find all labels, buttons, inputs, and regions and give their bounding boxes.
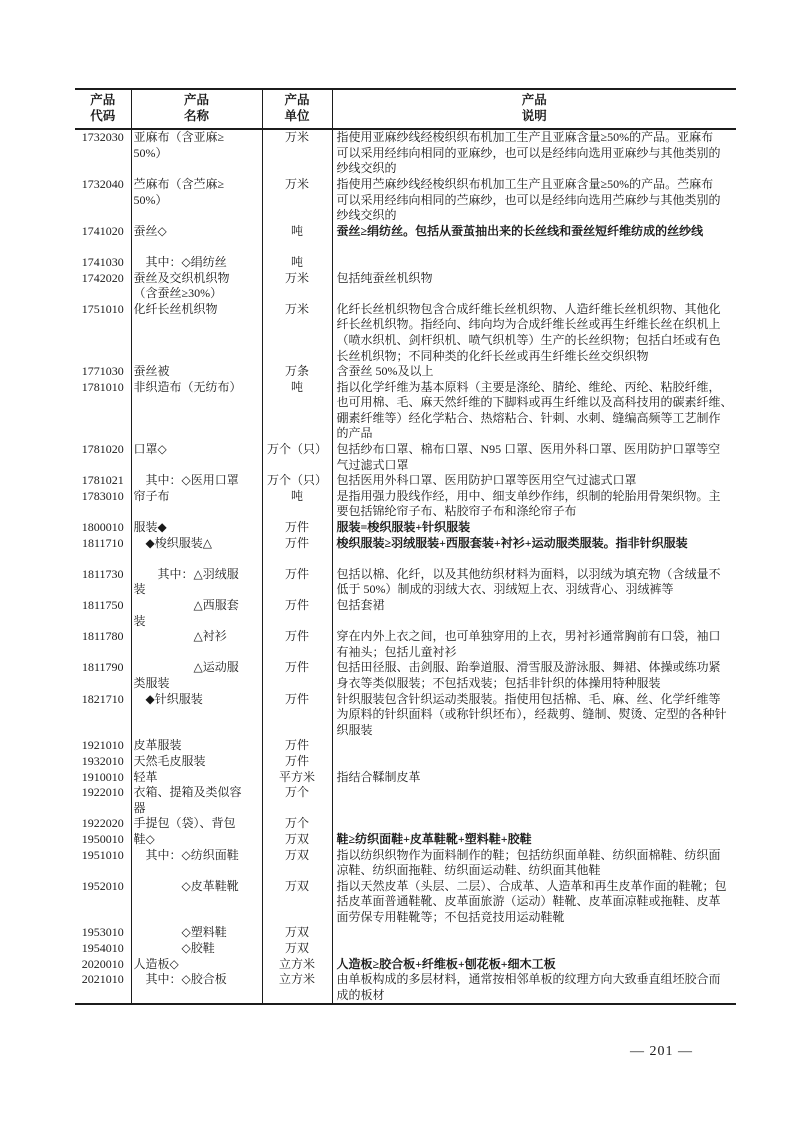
product-name-cell: 其中：△羽绒服 装 xyxy=(131,567,262,598)
product-name-cell: ◇皮革鞋靴 xyxy=(131,879,262,926)
product-desc-cell: 蚕丝≥绢纺丝。包括从蚕茧抽出来的长丝线和蚕丝短纤维纺成的丝纱线 xyxy=(332,224,736,255)
product-name-cell: ◇塑料鞋 xyxy=(131,925,262,941)
product-desc-cell xyxy=(332,785,736,816)
product-desc-cell: 包括以棉、化纤，以及其他纺织材料为面料，以羽绒为填充物（含绒量不 低于 50%）… xyxy=(332,567,736,598)
product-code-cell: 1771030 xyxy=(75,364,131,380)
table-row: 1922020 手提包（袋）、背包 万个 xyxy=(75,816,736,832)
product-unit-cell: 万个 xyxy=(262,785,332,816)
product-unit-cell: 万个（只） xyxy=(262,473,332,489)
product-desc-cell xyxy=(332,255,736,271)
table-row: 1781020 口罩◇ 万个（只） 包括纱布口罩、棉布口罩、N95 口罩、医用外… xyxy=(75,442,736,473)
product-desc-cell: 服装=梭织服装+针织服装 xyxy=(332,520,736,536)
product-name-cell: 化纤长丝机织物 xyxy=(131,302,262,364)
product-unit-cell: 万双 xyxy=(262,832,332,848)
product-desc-cell xyxy=(332,754,736,770)
product-code-cell: 2021010 xyxy=(75,972,131,1004)
product-unit-cell: 万件 xyxy=(262,754,332,770)
table-row: 1732030 亚麻布（含亚麻≥ 50%） 万米 指使用亚麻纱线经梭织织布机加工… xyxy=(75,129,736,177)
product-code-cell: 1732030 xyxy=(75,129,131,177)
table-row: 1821710 ◆针织服装 万件 针织服装包含针织运动类服装。指使用包括棉、毛、… xyxy=(75,692,736,739)
product-desc-cell: 包括纱布口罩、棉布口罩、N95 口罩、医用外科口罩、医用防护口罩等空 气过滤式口… xyxy=(332,442,736,473)
product-desc-cell: 包括医用外科口罩、医用防护口罩等医用空气过滤式口罩 xyxy=(332,473,736,489)
product-name-cell: 皮革服装 xyxy=(131,738,262,754)
product-name-cell: 服装◆ xyxy=(131,520,262,536)
product-classification-table: 产品 代码 产品 名称 产品 单位 产品 说明 1732030 亚麻布（含亚麻≥… xyxy=(75,88,736,1005)
table-row: 1811780 △衬衫 万件 穿在内外上衣之间，也可单独穿用的上衣，男衬衫通常胸… xyxy=(75,629,736,660)
page-number: — 201 — xyxy=(630,1044,693,1060)
product-name-cell: 其中：◇纺织面鞋 xyxy=(131,848,262,879)
product-code-cell: 1811790 xyxy=(75,660,131,691)
product-name-cell: 蚕丝被 xyxy=(131,364,262,380)
table-header-row: 产品 代码 产品 名称 产品 单位 产品 说明 xyxy=(75,89,736,129)
product-desc-cell: 针织服装包含针织运动类服装。指使用包括棉、毛、麻、丝、化学纤维等 为原料的针织面… xyxy=(332,692,736,739)
product-name-cell: 轻革 xyxy=(131,770,262,786)
product-desc-cell: 包括田径服、击剑服、跆拳道服、滑雪服及游泳服、舞裙、体操或练功紧 身衣等类似服装… xyxy=(332,660,736,691)
product-code-cell: 1783010 xyxy=(75,489,131,520)
product-name-cell: △衬衫 xyxy=(131,629,262,660)
product-unit-cell: 吨 xyxy=(262,489,332,520)
product-unit-cell: 万米 xyxy=(262,129,332,177)
product-name-cell: 手提包（袋）、背包 xyxy=(131,816,262,832)
table-row: 1741020 蚕丝◇ 吨 蚕丝≥绢纺丝。包括从蚕茧抽出来的长丝线和蚕丝短纤维纺… xyxy=(75,224,736,255)
product-code-cell: 1954010 xyxy=(75,941,131,957)
table-row: 1950010 鞋◇ 万双 鞋≥纺织面鞋+皮革鞋靴+塑料鞋+胶鞋 xyxy=(75,832,736,848)
product-code-cell: 2020010 xyxy=(75,957,131,973)
product-unit-cell: 万件 xyxy=(262,598,332,629)
col-header-product-unit: 产品 单位 xyxy=(262,89,332,129)
product-name-cell: 其中：◇胶合板 xyxy=(131,972,262,1004)
product-code-cell: 1921010 xyxy=(75,738,131,754)
col-header-product-name: 产品 名称 xyxy=(131,89,262,129)
table-row: 1732040 苎麻布（含苎麻≥ 50%） 万米 指使用苎麻纱线经梭织织布机加工… xyxy=(75,177,736,224)
product-code-cell: 1953010 xyxy=(75,925,131,941)
table-row: 1781021 其中：◇医用口罩 万个（只） 包括医用外科口罩、医用防护口罩等医… xyxy=(75,473,736,489)
col-header-product-desc: 产品 说明 xyxy=(332,89,736,129)
table-body: 1732030 亚麻布（含亚麻≥ 50%） 万米 指使用亚麻纱线经梭织织布机加工… xyxy=(75,129,736,1004)
table-row: 1811750 △西服套 装 万件 包括套裙 xyxy=(75,598,736,629)
table-row: 1932010 天然毛皮服装 万件 xyxy=(75,754,736,770)
product-code-cell: 1751010 xyxy=(75,302,131,364)
table-row: 1951010 其中：◇纺织面鞋 万双 指以纺织织物作为面料制作的鞋；包括纺织面… xyxy=(75,848,736,879)
product-code-cell: 1811750 xyxy=(75,598,131,629)
product-name-cell: 人造板◇ xyxy=(131,957,262,973)
product-name-cell: 鞋◇ xyxy=(131,832,262,848)
product-unit-cell: 万件 xyxy=(262,536,332,567)
product-name-cell: 蚕丝及交织机织物 （含蚕丝≥30%） xyxy=(131,271,262,302)
product-unit-cell: 万件 xyxy=(262,692,332,739)
product-unit-cell: 万米 xyxy=(262,271,332,302)
product-unit-cell: 万个（只） xyxy=(262,442,332,473)
product-desc-cell: 梭织服装≥羽绒服装+西服套装+衬衫+运动服类服装。指非针织服装 xyxy=(332,536,736,567)
product-unit-cell: 万米 xyxy=(262,302,332,364)
product-unit-cell: 万个 xyxy=(262,816,332,832)
product-name-cell: ◆梭织服装△ xyxy=(131,536,262,567)
product-desc-cell xyxy=(332,738,736,754)
product-code-cell: 1922010 xyxy=(75,785,131,816)
product-code-cell: 1951010 xyxy=(75,848,131,879)
product-desc-cell: 包括套裙 xyxy=(332,598,736,629)
product-code-cell: 1732040 xyxy=(75,177,131,224)
table-row: 2021010 其中：◇胶合板 立方米 由单板构成的多层材料，通常按相邻单板的纹… xyxy=(75,972,736,1004)
table-row: 1922010 衣箱、提箱及类似容 器 万个 xyxy=(75,785,736,816)
table-row: 1954010 ◇胶鞋 万双 xyxy=(75,941,736,957)
product-code-cell: 1741030 xyxy=(75,255,131,271)
product-desc-cell: 含蚕丝 50%及以上 xyxy=(332,364,736,380)
product-code-cell: 1952010 xyxy=(75,879,131,926)
product-desc-cell: 指结合鞣制皮革 xyxy=(332,770,736,786)
product-name-cell: 苎麻布（含苎麻≥ 50%） xyxy=(131,177,262,224)
product-name-cell: ◆针织服装 xyxy=(131,692,262,739)
product-code-cell: 1910010 xyxy=(75,770,131,786)
product-desc-cell: 由单板构成的多层材料，通常按相邻单板的纹理方向大致垂直组坯胶合而 成的板材 xyxy=(332,972,736,1004)
product-unit-cell: 万件 xyxy=(262,567,332,598)
table-row: 1781010 非织造布（无纺布） 吨 指以化学纤维为基本原料（主要是涤纶、腈纶… xyxy=(75,380,736,442)
table-row: 1771030 蚕丝被 万条 含蚕丝 50%及以上 xyxy=(75,364,736,380)
table-row: 1952010 ◇皮革鞋靴 万双 指以天然皮革（头层、二层）、合成革、人造革和再… xyxy=(75,879,736,926)
product-unit-cell: 万件 xyxy=(262,660,332,691)
product-name-cell: 口罩◇ xyxy=(131,442,262,473)
product-unit-cell: 万条 xyxy=(262,364,332,380)
product-unit-cell: 吨 xyxy=(262,255,332,271)
product-name-cell: 其中：◇医用口罩 xyxy=(131,473,262,489)
product-code-cell: 1950010 xyxy=(75,832,131,848)
table-row: 1783010 帘子布 吨 是指用强力股线作经，用中、细支单纱作纬，织制的轮胎用… xyxy=(75,489,736,520)
product-desc-cell: 人造板≥胶合板+纤维板+刨花板+细木工板 xyxy=(332,957,736,973)
product-code-cell: 1781010 xyxy=(75,380,131,442)
product-desc-cell: 指以化学纤维为基本原料（主要是涤纶、腈纶、维纶、丙纶、粘胶纤维， 也可用棉、毛、… xyxy=(332,380,736,442)
product-code-cell: 1922020 xyxy=(75,816,131,832)
table-row: 1921010 皮革服装 万件 xyxy=(75,738,736,754)
product-desc-cell: 穿在内外上衣之间，也可单独穿用的上衣，男衬衫通常胸前有口袋，袖口 有袖头；包括儿… xyxy=(332,629,736,660)
product-code-cell: 1741020 xyxy=(75,224,131,255)
product-unit-cell: 万件 xyxy=(262,520,332,536)
table-row: 1953010 ◇塑料鞋 万双 xyxy=(75,925,736,941)
product-unit-cell: 万双 xyxy=(262,925,332,941)
product-name-cell: 天然毛皮服装 xyxy=(131,754,262,770)
product-desc-cell xyxy=(332,816,736,832)
product-name-cell: 衣箱、提箱及类似容 器 xyxy=(131,785,262,816)
product-code-cell: 1781020 xyxy=(75,442,131,473)
product-code-cell: 1811780 xyxy=(75,629,131,660)
product-unit-cell: 万双 xyxy=(262,879,332,926)
table-row: 1742020 蚕丝及交织机织物 （含蚕丝≥30%） 万米 包括纯蚕丝机织物 xyxy=(75,271,736,302)
product-code-cell: 1800010 xyxy=(75,520,131,536)
document-page: 产品 代码 产品 名称 产品 单位 产品 说明 1732030 亚麻布（含亚麻≥… xyxy=(0,0,793,1122)
product-unit-cell: 立方米 xyxy=(262,957,332,973)
product-code-cell: 1811730 xyxy=(75,567,131,598)
product-code-cell: 1811710 xyxy=(75,536,131,567)
product-desc-cell: 指使用亚麻纱线经梭织织布机加工生产且亚麻含量≥50%的产品。亚麻布 可以采用经纬… xyxy=(332,129,736,177)
product-name-cell: △西服套 装 xyxy=(131,598,262,629)
product-code-cell: 1742020 xyxy=(75,271,131,302)
table-row: 1811730 其中：△羽绒服 装 万件 包括以棉、化纤，以及其他纺织材料为面料… xyxy=(75,567,736,598)
product-desc-cell: 化纤长丝机织物包含合成纤维长丝机织物、人造纤维长丝机织物、其他化 纤长丝机织物。… xyxy=(332,302,736,364)
table-row: 1811790 △运动服 类服装 万件 包括田径服、击剑服、跆拳道服、滑雪服及游… xyxy=(75,660,736,691)
product-code-cell: 1781021 xyxy=(75,473,131,489)
product-unit-cell: 万米 xyxy=(262,177,332,224)
product-name-cell: ◇胶鞋 xyxy=(131,941,262,957)
table-row: 1741030 其中：◇绢纺丝 吨 xyxy=(75,255,736,271)
product-unit-cell: 万件 xyxy=(262,738,332,754)
product-unit-cell: 吨 xyxy=(262,224,332,255)
product-desc-cell xyxy=(332,941,736,957)
product-desc-cell xyxy=(332,925,736,941)
product-code-cell: 1932010 xyxy=(75,754,131,770)
product-desc-cell: 是指用强力股线作经，用中、细支单纱作纬，织制的轮胎用骨架织物。主 要包括锦纶帘子… xyxy=(332,489,736,520)
product-unit-cell: 立方米 xyxy=(262,972,332,1004)
product-unit-cell: 万件 xyxy=(262,629,332,660)
product-desc-cell: 指使用苎麻纱线经梭织织布机加工生产且亚麻含量≥50%的产品。苎麻布 可以采用经纬… xyxy=(332,177,736,224)
product-name-cell: △运动服 类服装 xyxy=(131,660,262,691)
product-desc-cell: 鞋≥纺织面鞋+皮革鞋靴+塑料鞋+胶鞋 xyxy=(332,832,736,848)
product-name-cell: 其中：◇绢纺丝 xyxy=(131,255,262,271)
table-row: 2020010 人造板◇ 立方米 人造板≥胶合板+纤维板+刨花板+细木工板 xyxy=(75,957,736,973)
product-name-cell: 帘子布 xyxy=(131,489,262,520)
product-name-cell: 蚕丝◇ xyxy=(131,224,262,255)
col-header-product-code: 产品 代码 xyxy=(75,89,131,129)
table-row: 1800010 服装◆ 万件 服装=梭织服装+针织服装 xyxy=(75,520,736,536)
product-desc-cell: 包括纯蚕丝机织物 xyxy=(332,271,736,302)
product-unit-cell: 万双 xyxy=(262,941,332,957)
product-desc-cell: 指以纺织织物作为面料制作的鞋；包括纺织面单鞋、纺织面棉鞋、纺织面 凉鞋、纺织面拖… xyxy=(332,848,736,879)
product-code-cell: 1821710 xyxy=(75,692,131,739)
table-row: 1910010 轻革 平方米 指结合鞣制皮革 xyxy=(75,770,736,786)
product-name-cell: 亚麻布（含亚麻≥ 50%） xyxy=(131,129,262,177)
table-row: 1751010 化纤长丝机织物 万米 化纤长丝机织物包含合成纤维长丝机织物、人造… xyxy=(75,302,736,364)
product-desc-cell: 指以天然皮革（头层、二层）、合成革、人造革和再生皮革作面的鞋靴；包 括皮革面普通… xyxy=(332,879,736,926)
product-unit-cell: 万双 xyxy=(262,848,332,879)
product-unit-cell: 吨 xyxy=(262,380,332,442)
product-unit-cell: 平方米 xyxy=(262,770,332,786)
product-name-cell: 非织造布（无纺布） xyxy=(131,380,262,442)
table-row: 1811710 ◆梭织服装△ 万件 梭织服装≥羽绒服装+西服套装+衬衫+运动服类… xyxy=(75,536,736,567)
